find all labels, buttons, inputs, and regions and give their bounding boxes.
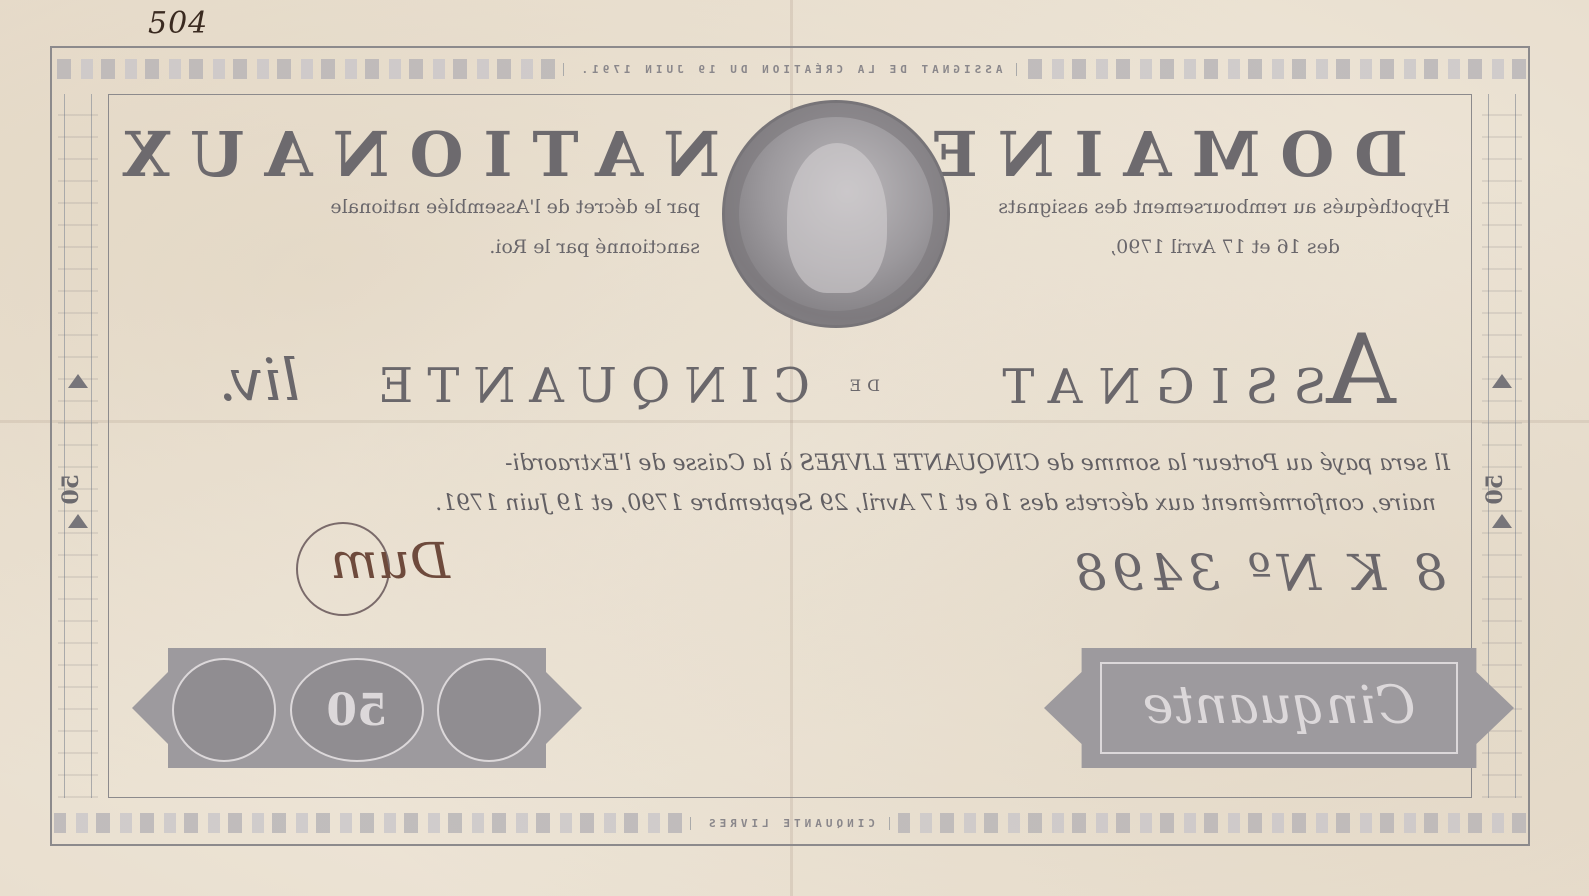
banknote: ASSIGNAT DE LA CRÉATION DU 19 JUIN 1791.… — [50, 46, 1530, 846]
heading-assignat: ASSIGNAT — [986, 314, 1396, 426]
portrait-icon — [787, 143, 887, 293]
side-denomination: 50 — [58, 474, 98, 505]
triangle-icon — [1492, 514, 1512, 528]
denomination-caption: CINQUANTE LIVRES — [690, 817, 890, 830]
subtitle-line: des 16 et 17 Avril 1790, — [1110, 236, 1340, 258]
heading-de: DE — [843, 376, 880, 395]
title-nationaux: NATIONAUX — [103, 118, 720, 191]
side-denomination: 50 — [1482, 474, 1522, 505]
heading-amount: CINQUANTE — [364, 358, 810, 414]
clause-line: Il sera payé au Porteur la somme de CINQ… — [150, 444, 1450, 484]
top-ornament-band: ASSIGNAT DE LA CRÉATION DU 19 JUIN 1791. — [54, 52, 1526, 86]
signature: Dum — [290, 532, 450, 622]
triangle-icon — [68, 514, 88, 528]
heading-unit: liv. — [219, 346, 300, 414]
right-ornament-column: 50 — [58, 94, 98, 798]
subtitle-line: Hypothéqués au remboursement des assigna… — [998, 196, 1450, 218]
royal-portrait-medallion — [722, 100, 950, 328]
cartouche-numeral-value: 50 — [290, 658, 424, 762]
serial-number: 8 K Nº 3498 — [1069, 544, 1446, 602]
creation-caption: ASSIGNAT DE LA CRÉATION DU 19 JUIN 1791. — [563, 63, 1018, 76]
ornament-icon — [898, 813, 1526, 833]
cartouche-numeral: 50 — [132, 648, 582, 768]
payment-clause: Il sera payé au Porteur la somme de CINQ… — [150, 444, 1450, 524]
clause-line: naire, conformément aux décrets des 16 e… — [150, 484, 1450, 524]
ornament-icon — [54, 813, 682, 833]
seal-icon — [173, 658, 277, 762]
bottom-ornament-band: CINQUANTE LIVRES — [54, 806, 1526, 840]
cartouche-script-word: Cinquante — [1044, 676, 1514, 736]
ornament-icon — [1025, 59, 1526, 79]
seal-icon — [438, 658, 542, 762]
subtitle-line: sanctionné par le Roi. — [489, 236, 700, 258]
triangle-icon — [1492, 374, 1512, 388]
handwritten-number: 504 — [148, 6, 208, 41]
subtitle-line: par le décret de l'Assemblée nationale — [330, 196, 700, 218]
ornament-icon — [54, 59, 555, 79]
cartouche-script: Cinquante — [1044, 648, 1514, 768]
triangle-icon — [68, 374, 88, 388]
